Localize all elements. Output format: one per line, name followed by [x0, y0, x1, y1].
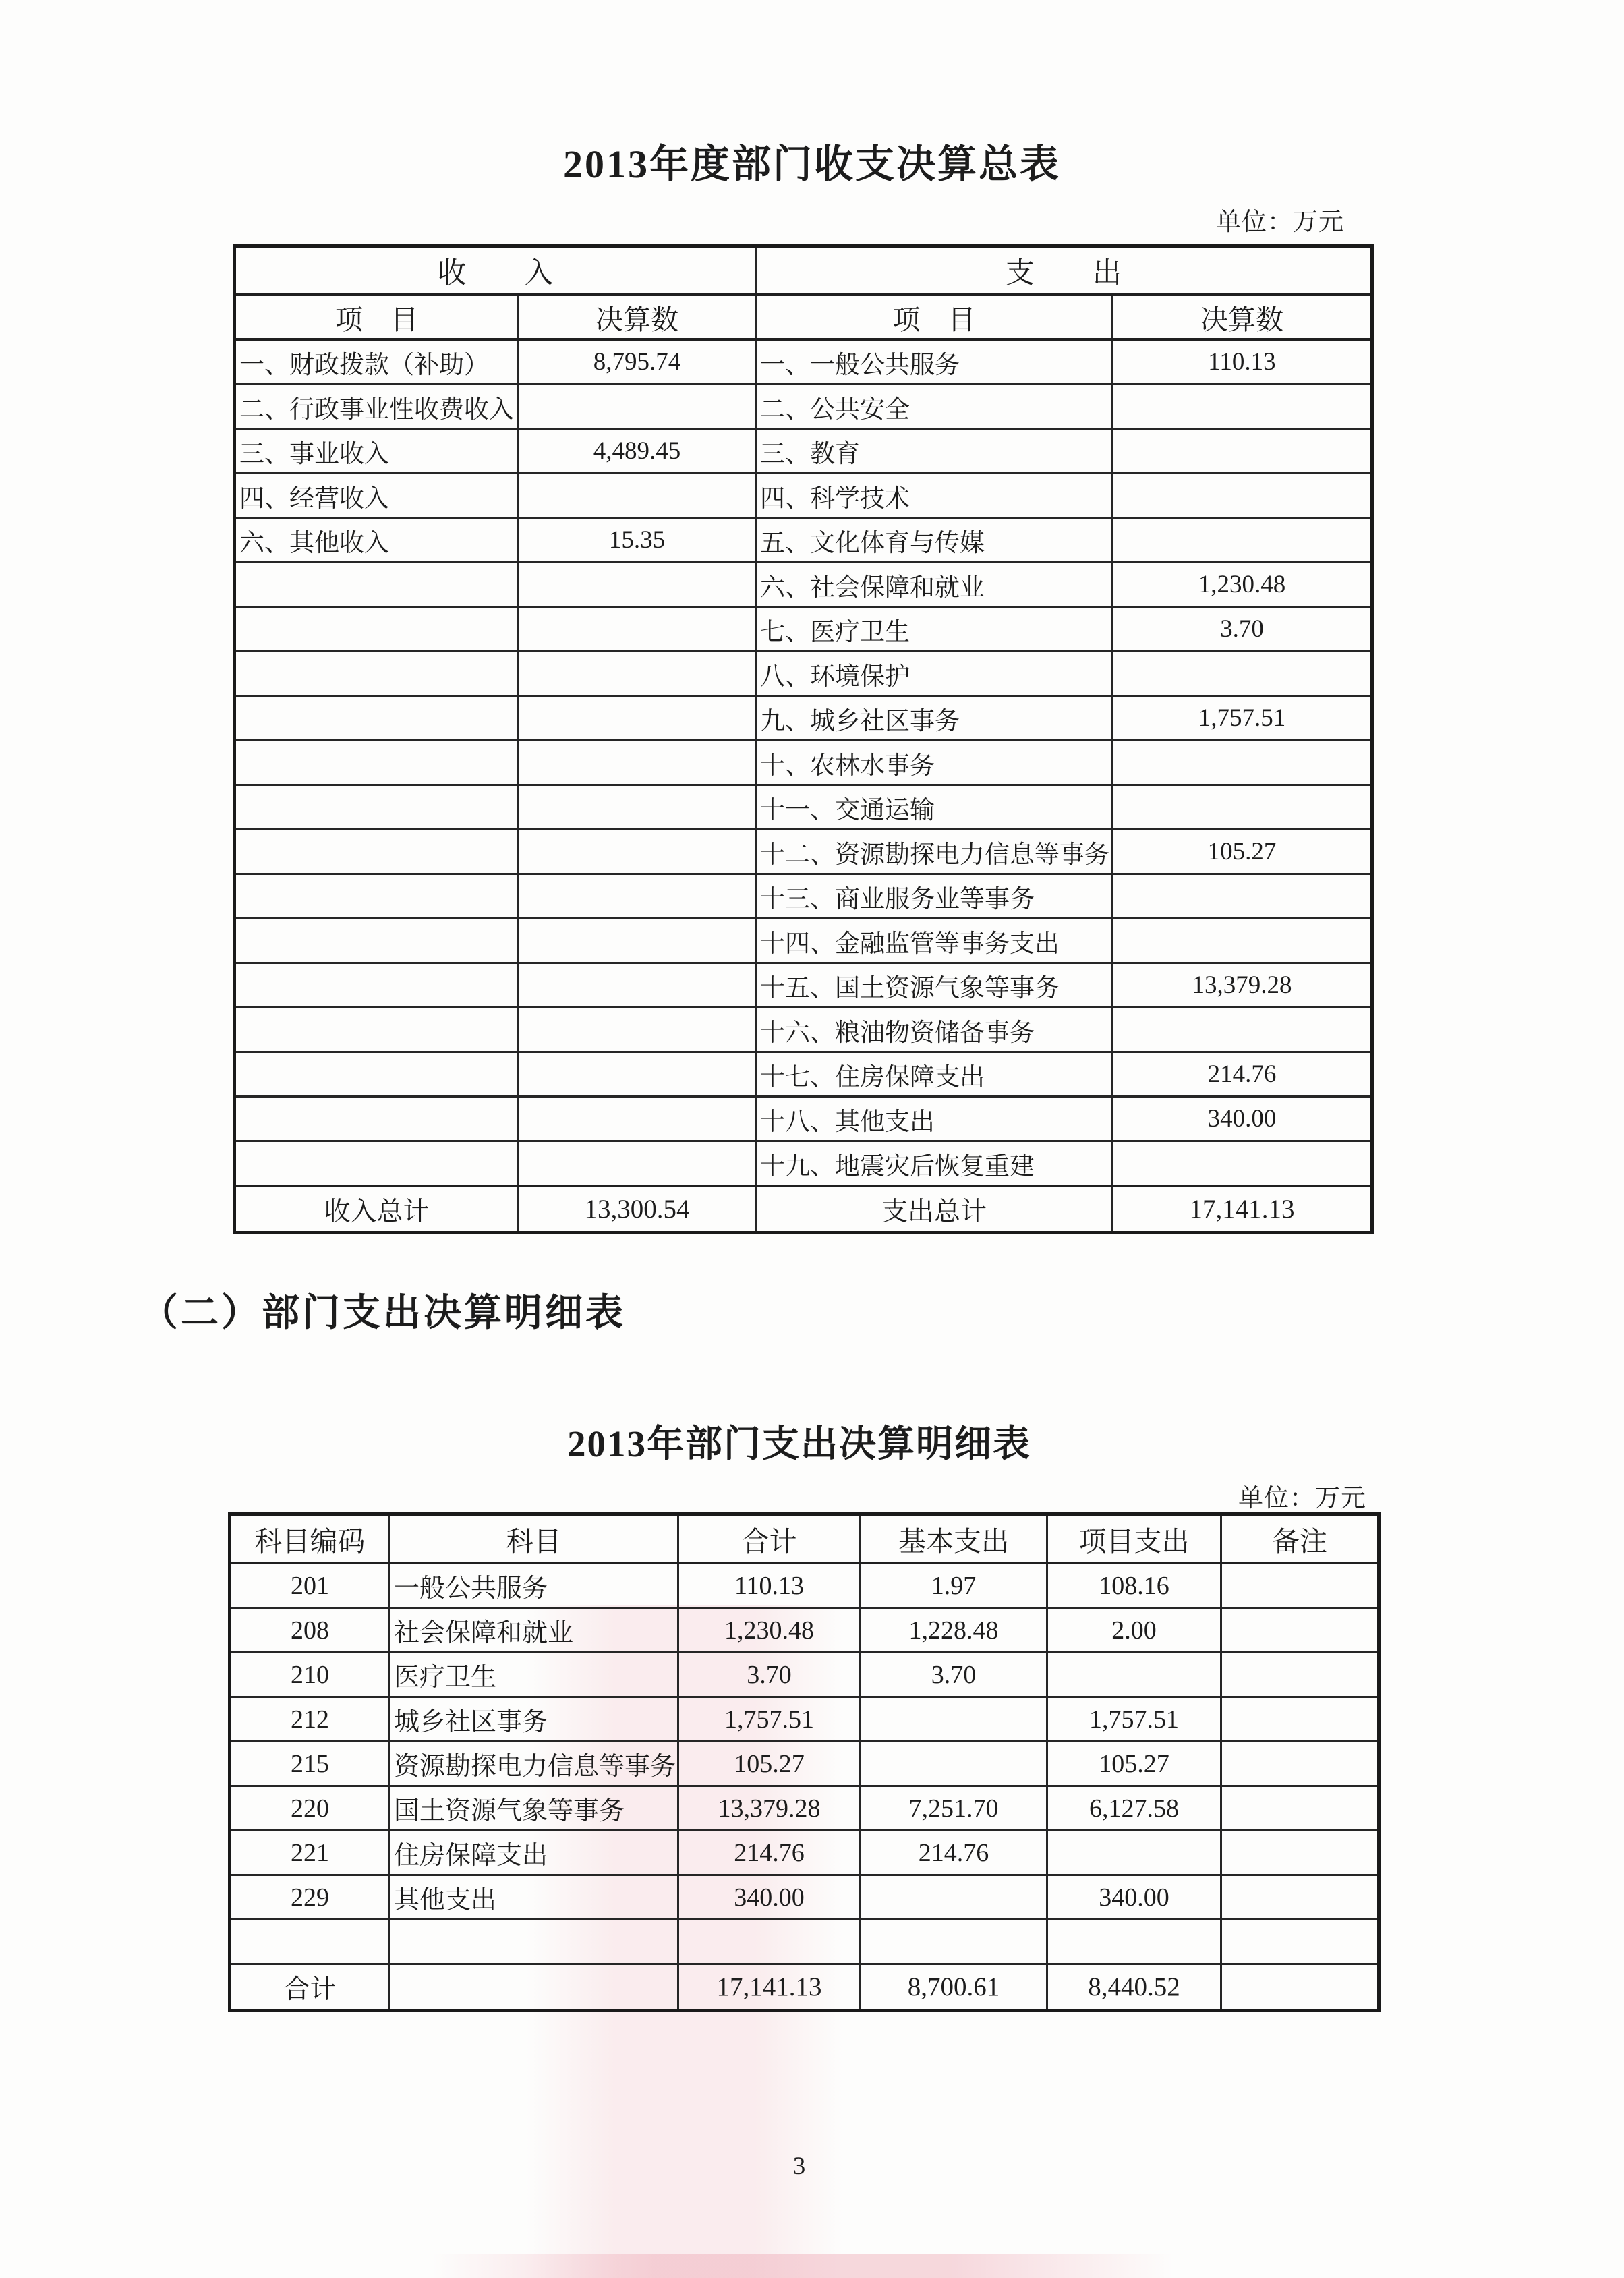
revenue-item-cell [235, 741, 519, 785]
expenditure-amount-cell: 214.76 [1113, 1052, 1372, 1097]
remarks-cell [1221, 1786, 1379, 1831]
subject-code-column-header: 科目编码 [230, 1514, 390, 1564]
total-cell: 3.70 [678, 1653, 861, 1697]
summary-table-row: 十三、商业服务业等事务 [235, 874, 1372, 919]
expenditure-item-cell: 十二、资源勘探电力信息等事务 [756, 830, 1113, 874]
subject-code-cell: 208 [230, 1608, 390, 1653]
subject-cell [390, 1920, 678, 1964]
expenditure-amount-cell [1113, 1141, 1372, 1187]
expenditure-item-cell: 十八、其他支出 [756, 1097, 1113, 1141]
subject-cell: 社会保障和就业 [390, 1608, 678, 1653]
total-cell: 13,379.28 [678, 1786, 861, 1831]
subject-cell: 城乡社区事务 [390, 1697, 678, 1742]
scan-tint-bottom-artifact [432, 2254, 1173, 2278]
revenue-amount-cell [519, 474, 756, 518]
subject-column-header: 科目 [390, 1514, 678, 1564]
summary-table-row: 七、医疗卫生3.70 [235, 607, 1372, 652]
subject-cell: 其他支出 [390, 1875, 678, 1920]
project-expenditure-cell [1047, 1920, 1221, 1964]
scanned-document-page: 2013年度部门收支决算总表 单位：万元 收 入 支 出 项 目 决算数 项 目… [0, 0, 1624, 2278]
revenue-item-cell: 一、财政拨款（补助） [235, 339, 519, 385]
total-cell: 105.27 [678, 1742, 861, 1786]
subject-code-cell [230, 1920, 390, 1964]
summary-table-row: 十二、资源勘探电力信息等事务105.27 [235, 830, 1372, 874]
revenue-amount-cell [519, 785, 756, 830]
summary-table-title: 2013年度部门收支决算总表 [0, 132, 1624, 189]
expenditure-item-cell: 十、农林水事务 [756, 741, 1113, 785]
expenditure-amount-column-header: 决算数 [1113, 295, 1372, 339]
subject-code-cell: 212 [230, 1697, 390, 1742]
revenue-amount-cell [519, 963, 756, 1008]
revenue-item-cell [235, 1097, 519, 1141]
summary-table-row: 十九、地震灾后恢复重建 [235, 1141, 1372, 1187]
remarks-cell [1221, 1563, 1379, 1608]
revenue-amount-cell [519, 1008, 756, 1052]
summary-table-row: 一、财政拨款（补助）8,795.74一、一般公共服务110.13 [235, 339, 1372, 385]
summary-table-unit-label: 单位：万元 [233, 201, 1344, 237]
expenditure-item-cell: 十五、国土资源气象等事务 [756, 963, 1113, 1008]
summary-table-row: 四、经营收入四、科学技术 [235, 474, 1372, 518]
subject-cell: 一般公共服务 [390, 1563, 678, 1608]
expenditure-total-label: 支出总计 [756, 1186, 1113, 1233]
subject-code-cell: 220 [230, 1786, 390, 1831]
expenditure-item-cell: 八、环境保护 [756, 652, 1113, 696]
expenditure-item-cell: 十三、商业服务业等事务 [756, 874, 1113, 919]
revenue-item-cell [235, 963, 519, 1008]
expenditure-amount-cell: 110.13 [1113, 339, 1372, 385]
basic-expenditure-cell: 214.76 [861, 1831, 1047, 1875]
expenditure-item-cell: 五、文化体育与传媒 [756, 518, 1113, 563]
revenue-item-cell [235, 696, 519, 741]
expenditure-amount-cell: 3.70 [1113, 607, 1372, 652]
expenditure-item-cell: 十四、金融监管等事务支出 [756, 919, 1113, 963]
basic-expenditure-cell: 1.97 [861, 1563, 1047, 1608]
subject-cell: 资源勘探电力信息等事务 [390, 1742, 678, 1786]
project-expenditure-column-header: 项目支出 [1047, 1514, 1221, 1564]
revenue-amount-cell: 4,489.45 [519, 429, 756, 474]
expenditure-amount-cell [1113, 429, 1372, 474]
summary-total-row: 收入总计 13,300.54 支出总计 17,141.13 [235, 1186, 1372, 1233]
revenue-group-header: 收 入 [235, 246, 756, 295]
expenditure-item-cell: 十一、交通运输 [756, 785, 1113, 830]
project-expenditure-cell [1047, 1653, 1221, 1697]
revenue-amount-cell [519, 1097, 756, 1141]
revenue-item-cell: 三、事业收入 [235, 429, 519, 474]
total-cell: 1,757.51 [678, 1697, 861, 1742]
summary-table-row: 六、其他收入15.35五、文化体育与传媒 [235, 518, 1372, 563]
revenue-amount-cell [519, 874, 756, 919]
detail-table-row: 208社会保障和就业1,230.481,228.482.00 [230, 1608, 1379, 1653]
detail-total-project-value: 8,440.52 [1047, 1964, 1221, 2011]
revenue-amount-column-header: 决算数 [519, 295, 756, 339]
detail-table-row: 229其他支出340.00340.00 [230, 1875, 1379, 1920]
detail-table-row: 212城乡社区事务1,757.511,757.51 [230, 1697, 1379, 1742]
revenue-item-column-header: 项 目 [235, 295, 519, 339]
revenue-item-cell: 六、其他收入 [235, 518, 519, 563]
revenue-item-cell [235, 652, 519, 696]
expenditure-amount-cell [1113, 741, 1372, 785]
project-expenditure-cell: 105.27 [1047, 1742, 1221, 1786]
remarks-cell [1221, 1697, 1379, 1742]
expenditure-amount-cell: 1,230.48 [1113, 563, 1372, 607]
expenditure-item-cell: 三、教育 [756, 429, 1113, 474]
project-expenditure-cell: 340.00 [1047, 1875, 1221, 1920]
revenue-amount-cell [519, 741, 756, 785]
summary-table-row: 六、社会保障和就业1,230.48 [235, 563, 1372, 607]
detail-total-remarks-cell [1221, 1964, 1379, 2011]
summary-table-row: 十八、其他支出340.00 [235, 1097, 1372, 1141]
subject-code-cell: 221 [230, 1831, 390, 1875]
summary-table-row: 二、行政事业性收费收入二、公共安全 [235, 385, 1372, 429]
subject-code-cell: 201 [230, 1563, 390, 1608]
basic-expenditure-column-header: 基本支出 [861, 1514, 1047, 1564]
remarks-cell [1221, 1653, 1379, 1697]
detail-total-basic-value: 8,700.61 [861, 1964, 1047, 2011]
revenue-amount-cell [519, 919, 756, 963]
detail-table-row [230, 1920, 1379, 1964]
expenditure-amount-cell [1113, 385, 1372, 429]
detail-table-row: 210医疗卫生3.703.70 [230, 1653, 1379, 1697]
total-cell: 110.13 [678, 1563, 861, 1608]
expenditure-item-cell: 七、医疗卫生 [756, 607, 1113, 652]
subject-cell: 国土资源气象等事务 [390, 1786, 678, 1831]
project-expenditure-cell: 1,757.51 [1047, 1697, 1221, 1742]
revenue-amount-cell [519, 696, 756, 741]
detail-table-body: 201一般公共服务110.131.97108.16208社会保障和就业1,230… [230, 1563, 1379, 1964]
project-expenditure-cell: 6,127.58 [1047, 1786, 1221, 1831]
summary-group-header-row: 收 入 支 出 [235, 246, 1372, 295]
project-expenditure-cell [1047, 1831, 1221, 1875]
revenue-item-cell: 二、行政事业性收费收入 [235, 385, 519, 429]
remarks-cell [1221, 1608, 1379, 1653]
expenditure-item-cell: 九、城乡社区事务 [756, 696, 1113, 741]
total-cell [678, 1920, 861, 1964]
subject-code-cell: 210 [230, 1653, 390, 1697]
detail-total-subject-cell [390, 1964, 678, 2011]
summary-table-body: 一、财政拨款（补助）8,795.74一、一般公共服务110.13二、行政事业性收… [235, 339, 1372, 1186]
expenditure-item-cell: 十九、地震灾后恢复重建 [756, 1141, 1113, 1187]
expenditure-amount-cell [1113, 518, 1372, 563]
revenue-item-cell [235, 563, 519, 607]
detail-table-row: 220国土资源气象等事务13,379.287,251.706,127.58 [230, 1786, 1379, 1831]
expenditure-item-cell: 十七、住房保障支出 [756, 1052, 1113, 1097]
expenditure-item-cell: 二、公共安全 [756, 385, 1113, 429]
revenue-amount-cell [519, 830, 756, 874]
detail-total-label: 合计 [230, 1964, 390, 2011]
revenue-item-cell [235, 919, 519, 963]
revenue-amount-cell [519, 1052, 756, 1097]
expenditure-item-cell: 十六、粮油物资储备事务 [756, 1008, 1113, 1052]
detail-table-row: 201一般公共服务110.131.97108.16 [230, 1563, 1379, 1608]
summary-table: 收 入 支 出 项 目 决算数 项 目 决算数 一、财政拨款（补助）8,795.… [233, 244, 1374, 1234]
basic-expenditure-cell: 3.70 [861, 1653, 1047, 1697]
revenue-item-cell [235, 1052, 519, 1097]
expenditure-item-cell: 一、一般公共服务 [756, 339, 1113, 385]
detail-total-row: 合计 17,141.13 8,700.61 8,440.52 [230, 1964, 1379, 2011]
expenditure-group-header: 支 出 [756, 246, 1372, 295]
summary-table-row: 三、事业收入4,489.45三、教育 [235, 429, 1372, 474]
revenue-amount-cell [519, 563, 756, 607]
basic-expenditure-cell [861, 1920, 1047, 1964]
expenditure-item-column-header: 项 目 [756, 295, 1113, 339]
revenue-item-cell [235, 830, 519, 874]
expenditure-amount-cell: 1,757.51 [1113, 696, 1372, 741]
detail-table-unit-label: 单位：万元 [228, 1477, 1366, 1514]
revenue-item-cell: 四、经营收入 [235, 474, 519, 518]
revenue-item-cell [235, 874, 519, 919]
expenditure-total-value: 17,141.13 [1113, 1186, 1372, 1233]
revenue-amount-cell [519, 1141, 756, 1187]
detail-table-row: 215资源勘探电力信息等事务105.27105.27 [230, 1742, 1379, 1786]
basic-expenditure-cell [861, 1875, 1047, 1920]
revenue-amount-cell: 15.35 [519, 518, 756, 563]
summary-table-row: 十七、住房保障支出214.76 [235, 1052, 1372, 1097]
summary-table-row: 十四、金融监管等事务支出 [235, 919, 1372, 963]
revenue-amount-cell [519, 652, 756, 696]
expenditure-item-cell: 四、科学技术 [756, 474, 1113, 518]
remarks-cell [1221, 1875, 1379, 1920]
revenue-amount-cell [519, 385, 756, 429]
basic-expenditure-cell: 1,228.48 [861, 1608, 1047, 1653]
project-expenditure-cell: 108.16 [1047, 1563, 1221, 1608]
subject-code-cell: 215 [230, 1742, 390, 1786]
subject-code-cell: 229 [230, 1875, 390, 1920]
summary-table-row: 九、城乡社区事务1,757.51 [235, 696, 1372, 741]
total-cell: 340.00 [678, 1875, 861, 1920]
detail-column-header-row: 科目编码 科目 合计 基本支出 项目支出 备注 [230, 1514, 1379, 1564]
summary-table-row: 十五、国土资源气象等事务13,379.28 [235, 963, 1372, 1008]
detail-table: 科目编码 科目 合计 基本支出 项目支出 备注 201一般公共服务110.131… [228, 1512, 1381, 2012]
remarks-column-header: 备注 [1221, 1514, 1379, 1564]
expenditure-amount-cell [1113, 474, 1372, 518]
revenue-item-cell [235, 785, 519, 830]
detail-table-title: 2013年部门支出决算明细表 [0, 1414, 1598, 1467]
revenue-total-value: 13,300.54 [519, 1186, 756, 1233]
expenditure-amount-cell [1113, 919, 1372, 963]
section-heading: （二）部门支出决算明细表 [140, 1283, 626, 1337]
expenditure-amount-cell [1113, 1008, 1372, 1052]
total-column-header: 合计 [678, 1514, 861, 1564]
expenditure-amount-cell: 105.27 [1113, 830, 1372, 874]
subject-cell: 住房保障支出 [390, 1831, 678, 1875]
subject-cell: 医疗卫生 [390, 1653, 678, 1697]
expenditure-amount-cell [1113, 874, 1372, 919]
remarks-cell [1221, 1920, 1379, 1964]
detail-table-row: 221住房保障支出214.76214.76 [230, 1831, 1379, 1875]
expenditure-item-cell: 六、社会保障和就业 [756, 563, 1113, 607]
remarks-cell [1221, 1742, 1379, 1786]
basic-expenditure-cell [861, 1697, 1047, 1742]
summary-table-row: 十一、交通运输 [235, 785, 1372, 830]
revenue-item-cell [235, 1141, 519, 1187]
summary-table-row: 十、农林水事务 [235, 741, 1372, 785]
total-cell: 1,230.48 [678, 1608, 861, 1653]
project-expenditure-cell: 2.00 [1047, 1608, 1221, 1653]
expenditure-amount-cell: 340.00 [1113, 1097, 1372, 1141]
page-number: 3 [0, 2152, 1598, 2181]
summary-table-row: 十六、粮油物资储备事务 [235, 1008, 1372, 1052]
basic-expenditure-cell: 7,251.70 [861, 1786, 1047, 1831]
remarks-cell [1221, 1831, 1379, 1875]
revenue-amount-cell [519, 607, 756, 652]
summary-column-header-row: 项 目 决算数 项 目 决算数 [235, 295, 1372, 339]
expenditure-amount-cell: 13,379.28 [1113, 963, 1372, 1008]
revenue-item-cell [235, 1008, 519, 1052]
revenue-total-label: 收入总计 [235, 1186, 519, 1233]
basic-expenditure-cell [861, 1742, 1047, 1786]
revenue-amount-cell: 8,795.74 [519, 339, 756, 385]
summary-table-row: 八、环境保护 [235, 652, 1372, 696]
expenditure-amount-cell [1113, 652, 1372, 696]
detail-total-value: 17,141.13 [678, 1964, 861, 2011]
revenue-item-cell [235, 607, 519, 652]
expenditure-amount-cell [1113, 785, 1372, 830]
total-cell: 214.76 [678, 1831, 861, 1875]
